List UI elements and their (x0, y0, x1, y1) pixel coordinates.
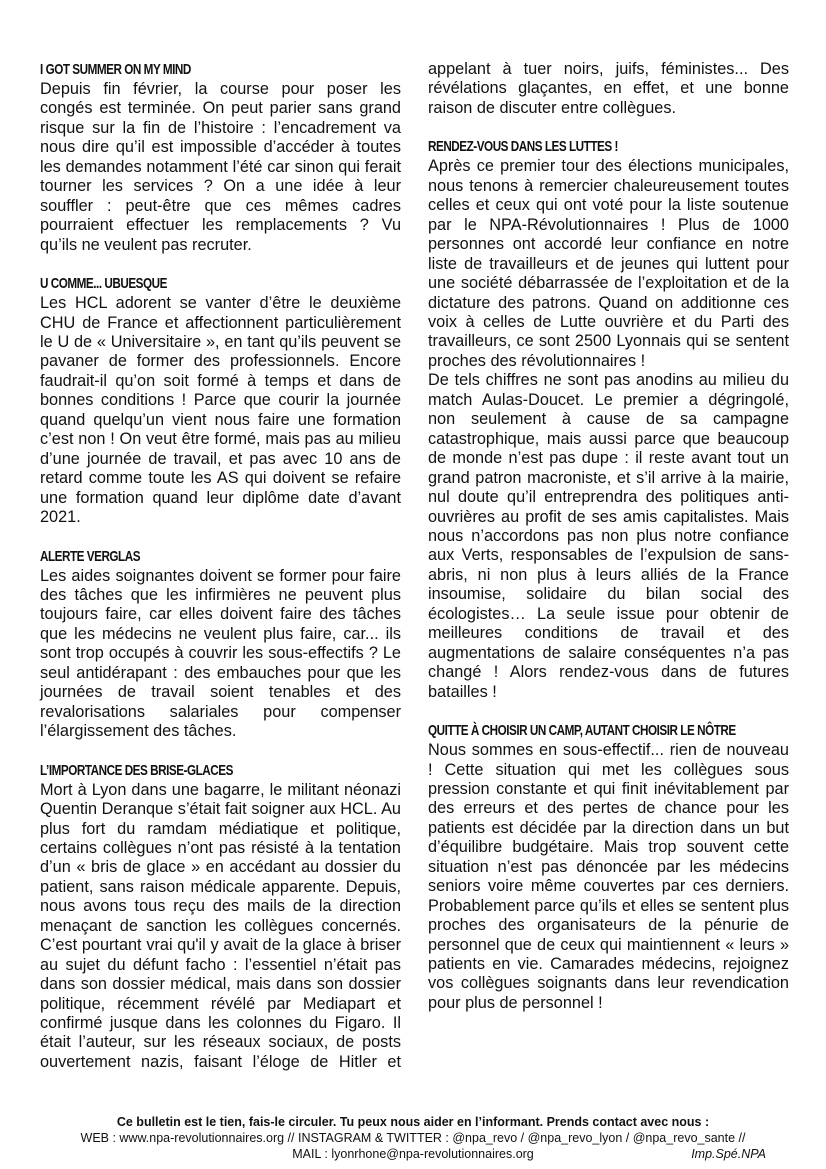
article-camp: Quitte à choisir un camp, autant choisir… (428, 721, 789, 1013)
article-body: De tels chiffres ne sont pas anodins au … (428, 371, 789, 702)
footer: Ce bulletin est le tien, fais-le circule… (0, 1114, 826, 1162)
article-ubuesque: U comme... ubuesque Les HCL adorent se v… (40, 274, 401, 527)
footer-call-to-action: Ce bulletin est le tien, fais-le circule… (0, 1114, 826, 1130)
footer-web-line: WEB : www.npa-revolutionnaires.org // IN… (0, 1130, 826, 1146)
article-luttes: Rendez-vous dans les luttes ! Après ce p… (428, 137, 789, 702)
article-body: Après ce premier tour des élections muni… (428, 157, 789, 371)
article-continuation: appelant à tuer noirs, juifs, féministes… (428, 60, 789, 118)
article-body: Les HCL adorent se vanter d’être le deux… (40, 294, 401, 527)
article-title: U comme... ubuesque (40, 274, 322, 294)
article-summer: I got summer on my mind Depuis fin févri… (40, 60, 401, 255)
left-column: I got summer on my mind Depuis fin févri… (40, 60, 401, 1072)
article-body: Les aides soignantes doivent se former p… (40, 567, 401, 742)
article-body: Mort à Lyon dans une bagarre, le militan… (40, 781, 401, 1073)
article-title: Quitte à choisir un camp, autant choisir… (428, 721, 710, 741)
article-title: Rendez-vous dans les luttes ! (428, 137, 710, 157)
bulletin-page: I got summer on my mind Depuis fin févri… (0, 0, 826, 1169)
article-title: I got summer on my mind (40, 60, 322, 80)
article-verglas: Alerte verglas Les aides soignantes doiv… (40, 547, 401, 742)
article-body: Depuis fin février, la course pour poser… (40, 80, 401, 255)
article-body: Nous sommes en sous-effectif... rien de … (428, 741, 789, 1013)
article-brise-glaces: L’importance des brise-glaces Mort à Lyo… (40, 761, 401, 1073)
right-column: appelant à tuer noirs, juifs, féministes… (428, 60, 789, 1013)
printer-mention: Imp.Spé.NPA (691, 1146, 766, 1162)
article-title: L’importance des brise-glaces (40, 761, 322, 781)
article-title: Alerte verglas (40, 547, 322, 567)
